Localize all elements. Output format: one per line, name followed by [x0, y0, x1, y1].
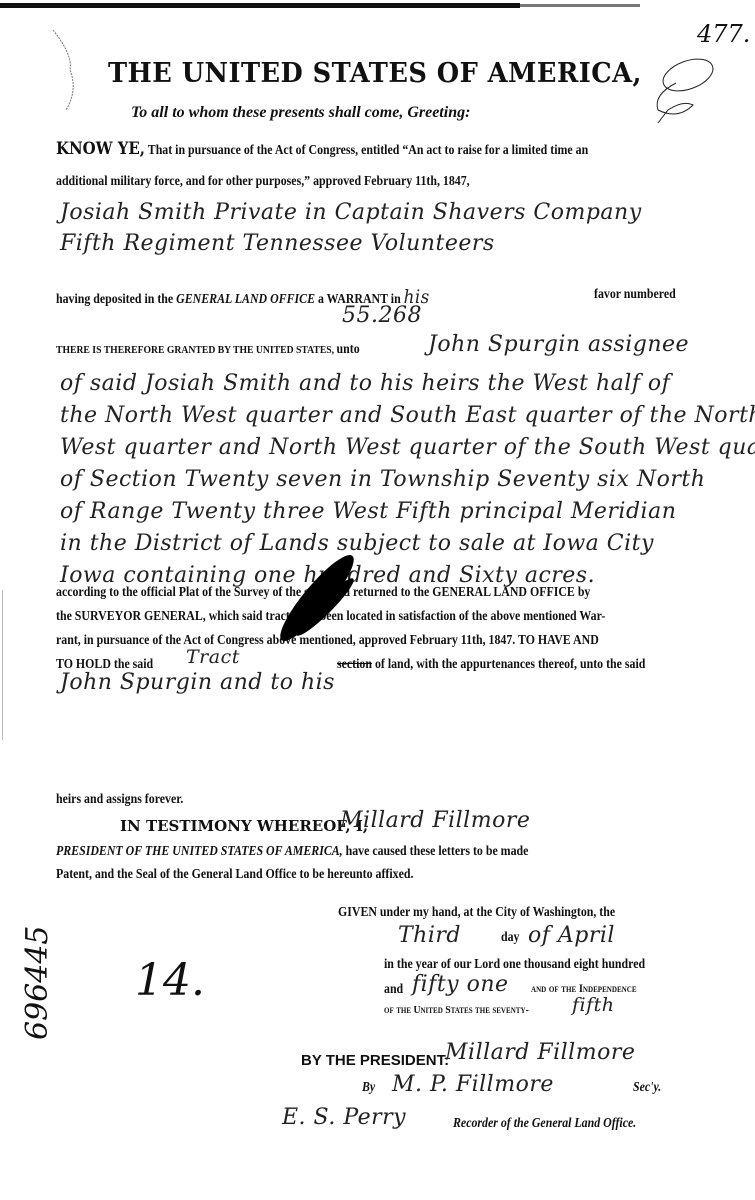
- document-title: THE UNITED STATES OF AMERICA,: [108, 58, 642, 89]
- day-label: day: [501, 929, 519, 945]
- preamble-line-1: KNOW YE, That in pursuance of the Act of…: [56, 139, 588, 159]
- land-description-line: the North West quarter and South East qu…: [60, 403, 755, 428]
- margin-vertical-number: 696445: [20, 925, 55, 1040]
- recorder-signature: E. S. Perry: [282, 1105, 406, 1130]
- land-description-line: of Section Twenty seven in Township Seve…: [60, 467, 705, 492]
- soldier-regiment-handwritten: Fifth Regiment Tennessee Volunteers: [60, 231, 495, 256]
- secretary-title: Sec'y.: [633, 1079, 661, 1095]
- testimony-line-1-rest: have caused these letters to be made: [346, 843, 529, 858]
- president-title: PRESIDENT OF THE UNITED STATES OF AMERIC…: [56, 843, 343, 858]
- ordinal-handwritten: fifth: [572, 994, 615, 1016]
- grant-lead-text: THERE IS THEREFORE GRANTED BY THE UNITED…: [56, 344, 334, 356]
- soldier-name-handwritten: Josiah Smith Private in Captain Shavers …: [60, 200, 642, 225]
- grantee-heirs-handwritten: John Spurgin and to his: [60, 670, 335, 695]
- day-handwritten: Third: [398, 923, 461, 948]
- states-line: of the United States the seventy-: [384, 1004, 529, 1016]
- page-number-annotation: 477.: [697, 20, 750, 48]
- year-line: in the year of our Lord one thousand eig…: [384, 956, 645, 972]
- testimony-line-2: Patent, and the Seal of the General Land…: [56, 866, 413, 882]
- margin-mark: 14.: [135, 955, 205, 1006]
- year-handwritten: fifty one: [412, 972, 509, 997]
- testimony-lead: IN TESTIMONY WHEREOF, I,: [120, 817, 368, 835]
- by-the-president-label: BY THE PRESIDENT:: [301, 1052, 449, 1069]
- land-description-line: of Range Twenty three West Fifth princip…: [60, 499, 676, 524]
- land-description-line: West quarter and North West quarter of t…: [60, 435, 755, 460]
- grantee-handwritten: John Spurgin assignee: [428, 332, 689, 357]
- flourish-mark-icon: [648, 55, 718, 125]
- and-label: and: [384, 981, 403, 997]
- survey-line-3: rant, in pursuance of the Act of Congres…: [56, 632, 599, 648]
- warrant-number-handwritten: 55.268: [342, 303, 422, 328]
- land-description-line: of said Josiah Smith and to his heirs th…: [60, 371, 670, 396]
- preamble-line-2: additional military force, and for other…: [56, 173, 470, 189]
- survey-line-4b-text: of land, with the appurtenances thereof,…: [375, 656, 645, 671]
- recorder-title: Recorder of the General Land Office.: [453, 1115, 636, 1131]
- tract-handwritten: Tract: [186, 646, 240, 668]
- heirs-and-assigns: heirs and assigns forever.: [56, 791, 183, 807]
- president-signature: Millard Fillmore: [445, 1040, 635, 1065]
- grant-lead: THERE IS THEREFORE GRANTED BY THE UNITED…: [56, 341, 360, 357]
- secretary-signature: M. P. Fillmore: [392, 1072, 554, 1097]
- president-signature-testimony: Millard Fillmore: [340, 808, 530, 833]
- preamble-text-1: That in pursuance of the Act of Congress…: [148, 142, 588, 157]
- struck-section-word: section: [337, 656, 372, 671]
- given-line: GIVEN under my hand, at the City of Wash…: [338, 904, 615, 920]
- scan-top-edge: [0, 3, 520, 8]
- know-ye-lead: KNOW YE,: [56, 139, 145, 159]
- general-land-office-label: GENERAL LAND OFFICE: [176, 291, 315, 306]
- scan-top-edge-faded: [520, 4, 640, 7]
- warrant-text-before: having deposited in the: [56, 291, 173, 306]
- scan-left-edge-line: [2, 590, 3, 740]
- pencil-bracket-mark: [48, 25, 88, 115]
- survey-line-4b: section of land, with the appurtenances …: [337, 656, 645, 672]
- month-handwritten: of April: [528, 923, 615, 948]
- grant-unto: unto: [337, 341, 360, 356]
- land-description-line: in the District of Lands subject to sale…: [60, 531, 654, 556]
- by-label: By: [362, 1079, 375, 1095]
- testimony-line-1: PRESIDENT OF THE UNITED STATES OF AMERIC…: [56, 843, 528, 859]
- greeting: To all to whom these presents shall come…: [131, 104, 470, 122]
- favor-numbered-label: favor numbered: [594, 286, 676, 302]
